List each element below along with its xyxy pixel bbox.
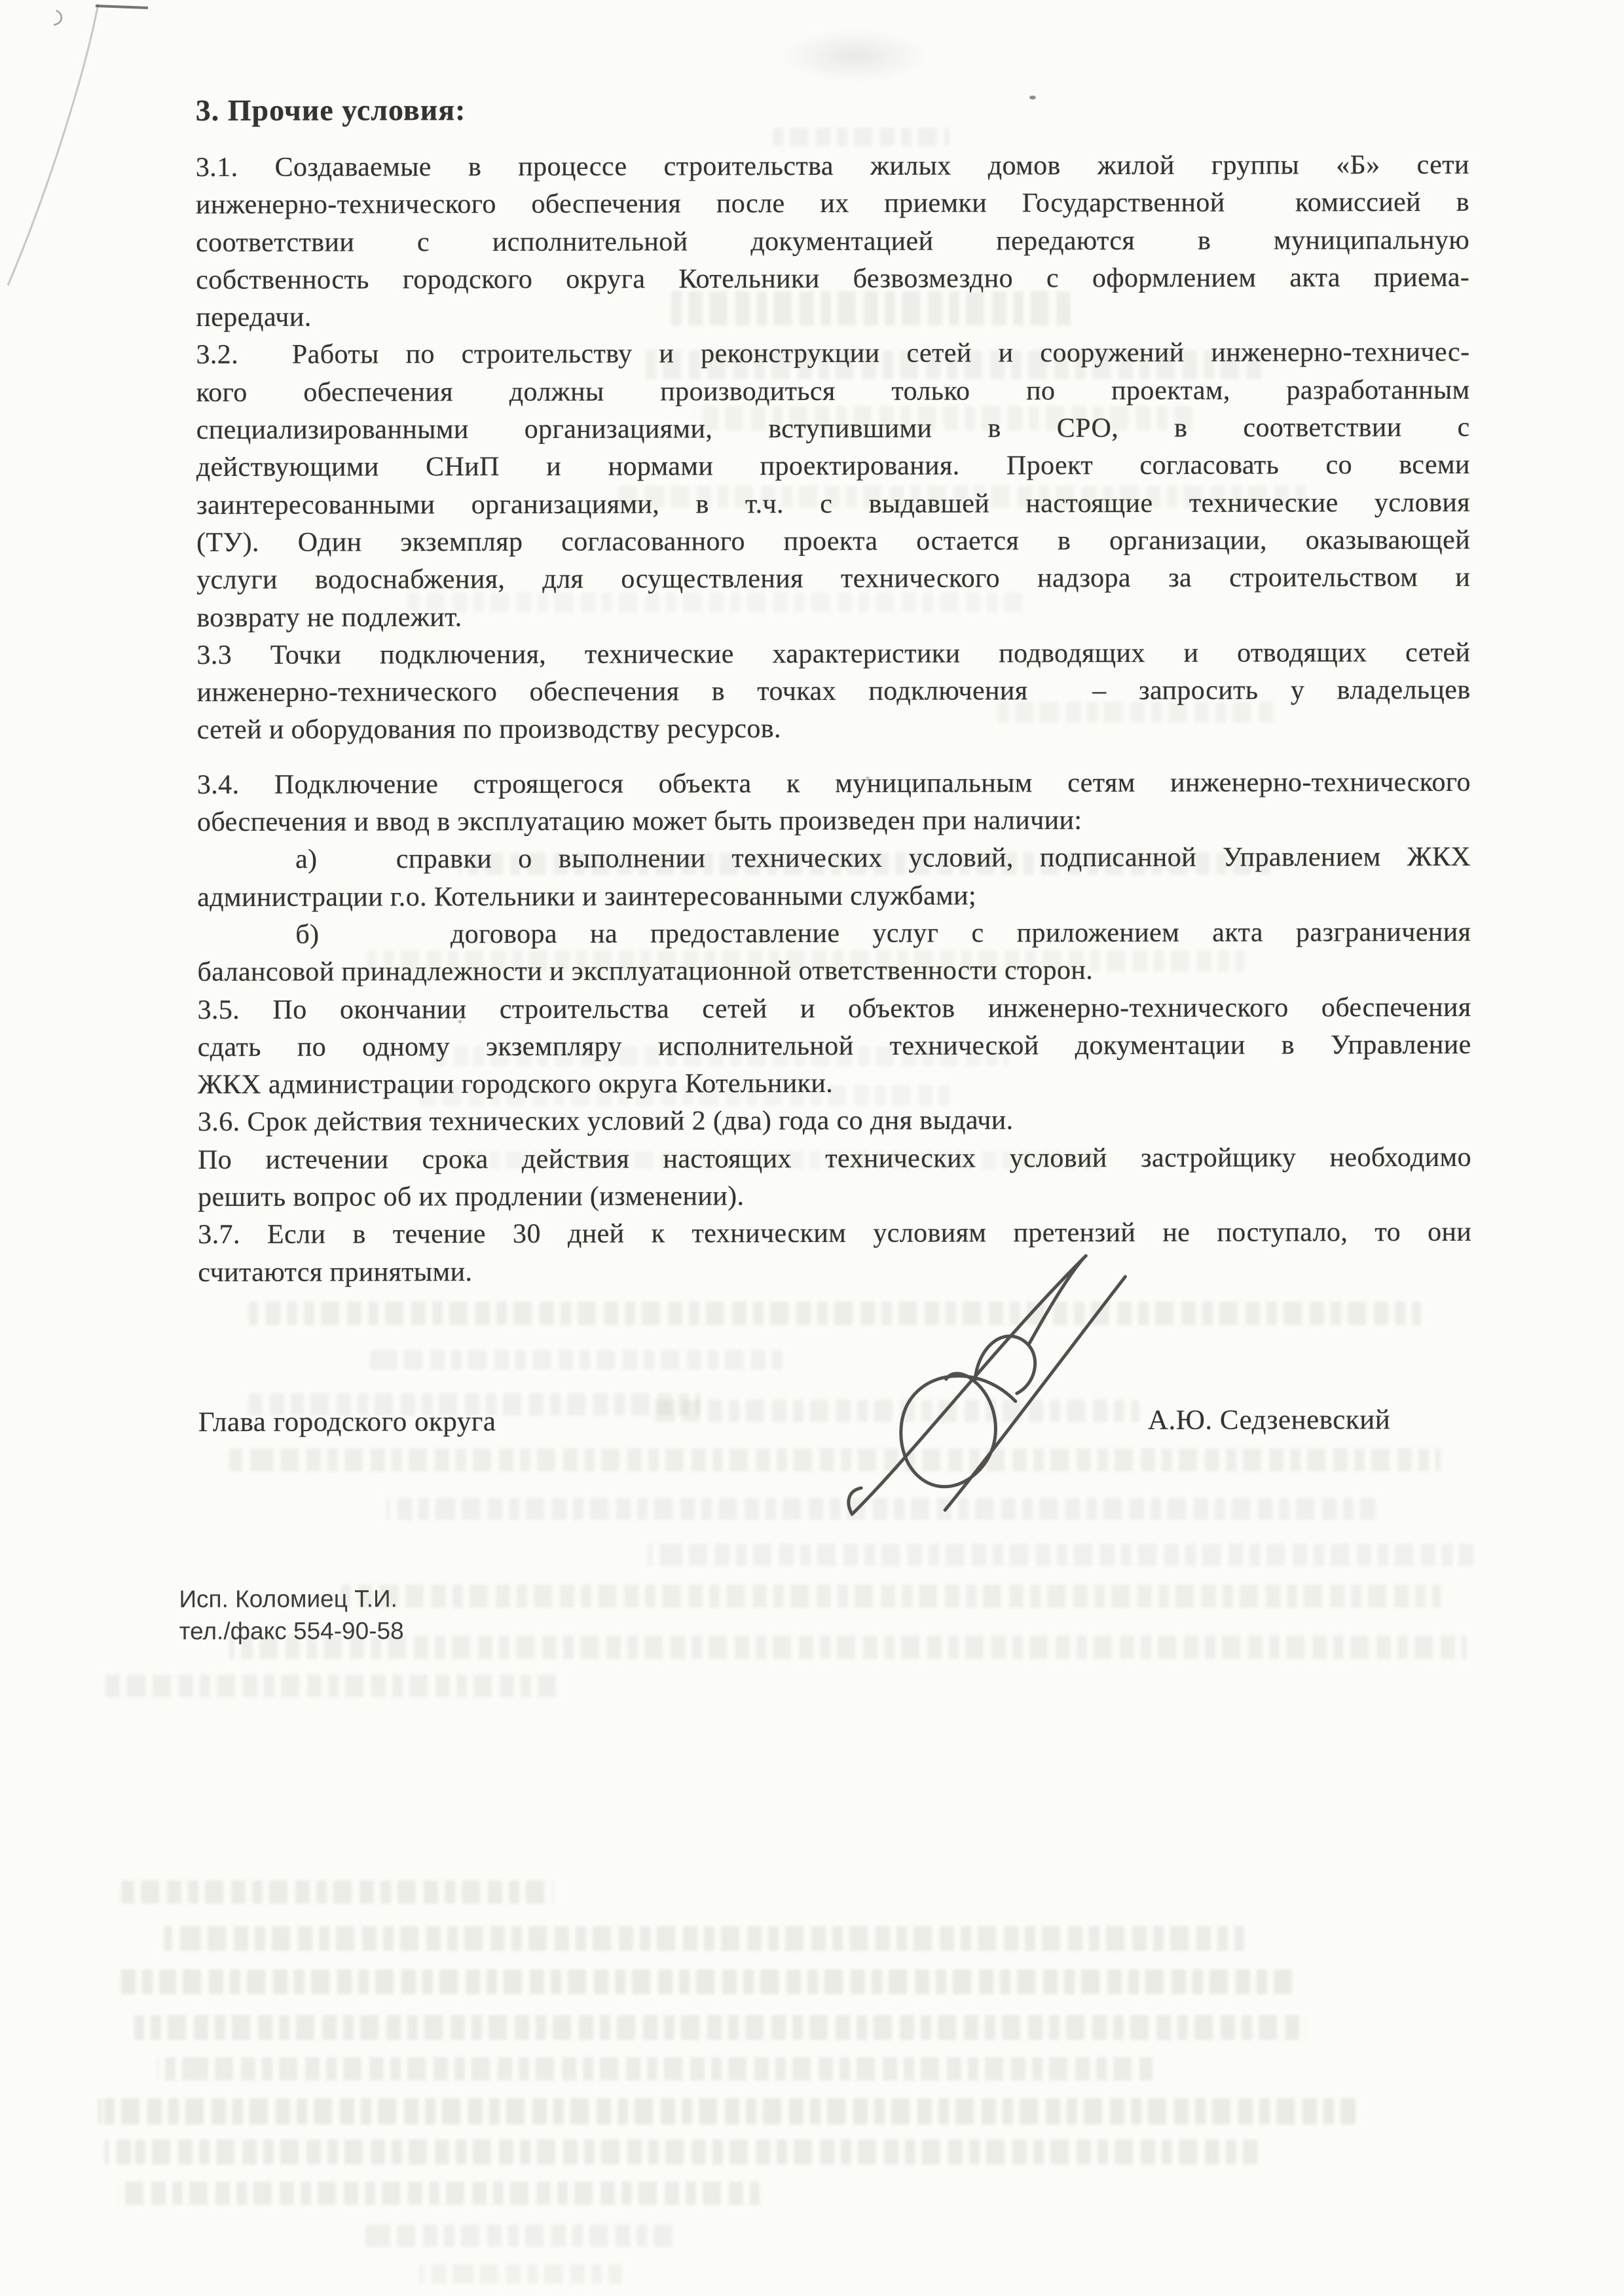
paragraph-line: специализированными организациями, вступ… xyxy=(196,409,1470,449)
paragraph-3.3: 3.3 Точки подключения, технические харак… xyxy=(196,634,1470,750)
paragraph-line: балансовой принадлежности и эксплуатацио… xyxy=(197,951,1471,991)
paragraph-line: администрации г.о. Котельники и заинтере… xyxy=(197,877,1471,917)
document-content: 3. Прочие условия: 3.1. Создаваемые в пр… xyxy=(0,0,1624,2296)
paragraph-line: 3.1. Создаваемые в процессе строительств… xyxy=(196,147,1469,187)
paragraph-line: кого обеспечения должны производиться то… xyxy=(196,372,1470,412)
paragraph-line: сетей и оборудования по производству рес… xyxy=(197,709,1471,749)
paragraph-line: а) справки о выполнении технических усло… xyxy=(197,839,1471,879)
paragraph-line: собственность городского округа Котельни… xyxy=(196,259,1469,299)
paragraph-line: 3.5. По окончании строительства сетей и … xyxy=(197,989,1471,1029)
paragraph-line: 3.2. Работы по строительству и реконстру… xyxy=(196,334,1469,374)
document-page: 3. Прочие условия: 3.1. Создаваемые в пр… xyxy=(0,0,1624,2296)
paragraph-line: ЖКХ администрации городского округа Коте… xyxy=(198,1064,1471,1104)
paragraph-line: передачи. xyxy=(196,297,1469,337)
handwritten-signature xyxy=(805,1247,1160,1529)
section-heading: 3. Прочие условия: xyxy=(196,92,466,128)
paragraph-line: (ТУ). Один экземпляр согласованного прое… xyxy=(196,522,1470,562)
paragraph-line: решить вопрос об их продлении (изменении… xyxy=(198,1176,1471,1216)
paragraph-3.4: 3.4. Подключение строящегося объекта к м… xyxy=(197,764,1471,992)
paragraph-line: действующими СНиП и нормами проектирован… xyxy=(196,446,1470,486)
document-body: 3.1. Создаваемые в процессе строительств… xyxy=(196,147,1472,1292)
paragraph-line: б) договора на предоставление услуг с пр… xyxy=(197,914,1471,954)
paragraph-line: 3.6. Срок действия технических условий 2… xyxy=(198,1101,1471,1141)
paragraph-3.2: 3.2. Работы по строительству и реконстру… xyxy=(196,334,1470,636)
signatory-role: Глава городского округа xyxy=(198,1406,496,1438)
paragraph-line: По истечении срока действия настоящих те… xyxy=(198,1139,1471,1179)
paragraph-line: сдать по одному экземпляру исполнительно… xyxy=(198,1027,1471,1066)
paragraph-line: соответствии с исполнительной документац… xyxy=(196,221,1469,261)
paragraph-line: 3.3 Точки подключения, технические харак… xyxy=(196,634,1470,674)
paragraph-3.1: 3.1. Создаваемые в процессе строительств… xyxy=(196,147,1470,337)
paragraph-line: возврату не подлежит. xyxy=(196,596,1470,636)
paragraph-3.6: 3.6. Срок действия технических условий 2… xyxy=(198,1101,1471,1216)
paragraph-line: инженерно-технического обеспечения в точ… xyxy=(196,672,1470,712)
paragraph-3.5: 3.5. По окончании строительства сетей и … xyxy=(197,989,1471,1104)
signatory-name: А.Ю. Седзеневский xyxy=(1148,1404,1390,1436)
executor-line: Исп. Коломиец Т.И. xyxy=(179,1582,403,1615)
paragraph-line: заинтересованными организациями, в т.ч. … xyxy=(196,484,1470,524)
paragraph-line: обеспечения и ввод в эксплуатацию может … xyxy=(197,801,1471,841)
executor-block: Исп. Коломиец Т.И. тел./факс 554-90-58 xyxy=(179,1582,403,1647)
phone-line: тел./факс 554-90-58 xyxy=(179,1614,403,1647)
paragraph-line: 3.4. Подключение строящегося объекта к м… xyxy=(197,764,1471,804)
paragraph-line: услуги водоснабжения, для осуществления … xyxy=(196,559,1470,599)
paragraph-line: инженерно-технического обеспечения после… xyxy=(196,184,1469,224)
